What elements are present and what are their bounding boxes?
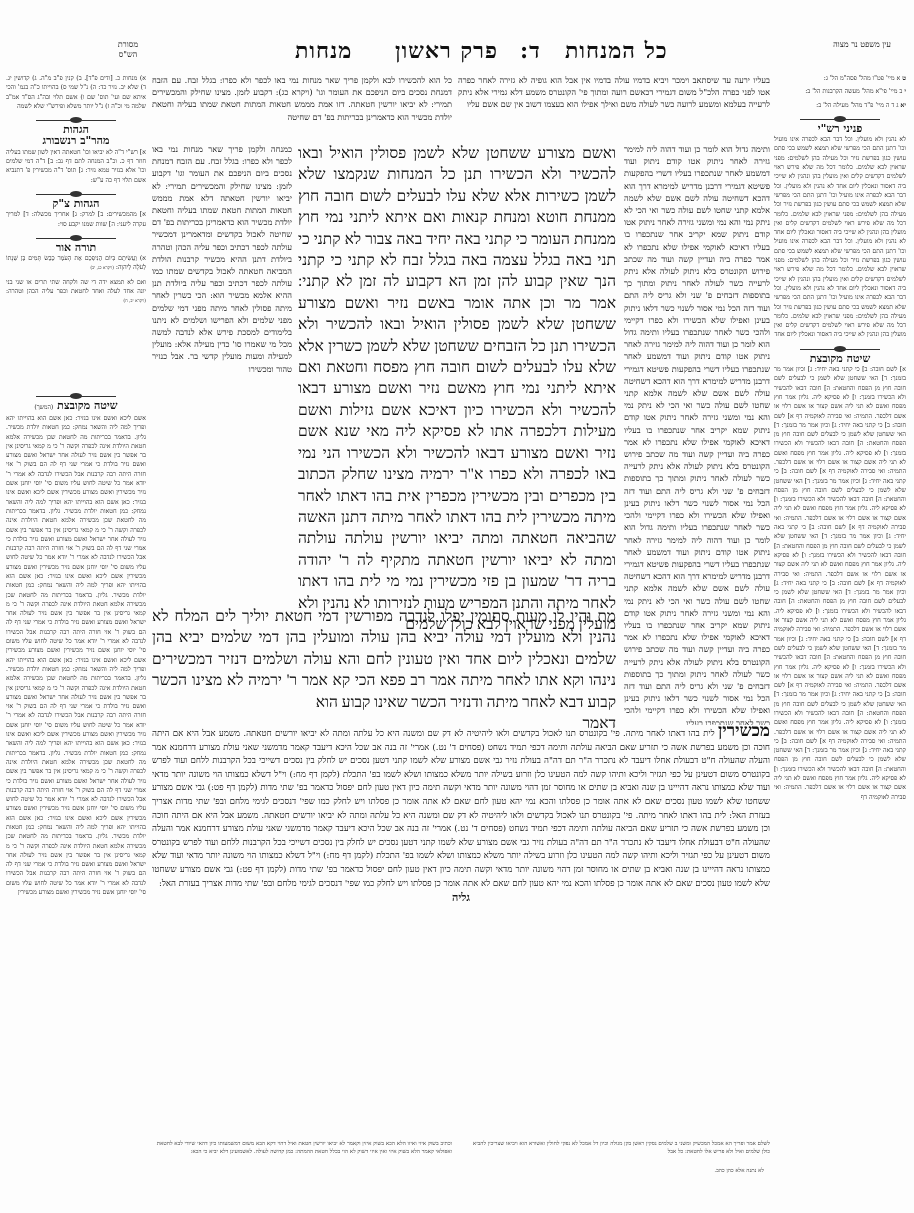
- ein-mishpat-label: עין משפט נר מצוה: [832, 40, 892, 50]
- ein-item-mark: י: [904, 88, 906, 95]
- torah-or-title: תורה אור: [6, 243, 146, 252]
- ein-item-mark: ט: [902, 75, 906, 82]
- tosafot-left-col-text: כמנחה ולקמן פריך שאר מנחות נמי באו לכפר …: [152, 144, 292, 276]
- perek-label: פרק ראשון: [395, 38, 498, 64]
- pnei-rashi-body-rep: לא נהנין ולא מועלין. וכל דבר הבא לכפרה א…: [774, 183, 906, 236]
- pnei-rashi-title: פניני רש"י: [774, 124, 906, 133]
- ein-mishpat-item: ט א מיי' פט"ו מהל' פסה"מ הל' ג:: [774, 74, 906, 83]
- ein-item-text: א מיי' פט"ו מהל' פסה"מ הל' ג:: [824, 75, 900, 82]
- shita-cont-body-rep3: אשם ליכא ואשם אינו בנזיר: כאן אשם הוא בה…: [6, 657, 146, 738]
- torah-or-verse-text: ואם לא תמצא ידה די שה ולקחה שתי תרים או …: [6, 279, 146, 295]
- shita-body-rep: א] לשם חובה: ב] כי קתני באה יחיד: ג] וכי…: [774, 413, 906, 476]
- footnote-left: וכתיב בשוק איזי ואיזו הלא הכא בשוק איזין…: [152, 1140, 452, 1156]
- commentary-conclusion: גליה: [152, 891, 770, 905]
- rashi-right-col-text: ותימה גדול הוא לומר כן ועוד דהוה ליה למי…: [624, 144, 770, 337]
- pnei-rashi-body-rep3: לא נהנין ולא מועלין. וכל דבר הבא לכפרה א…: [774, 285, 906, 338]
- pnei-rashi-body-rep2: לא נהנין ולא מועלין. וכל דבר הבא לכפרה א…: [774, 238, 906, 291]
- gemara-text: ואשם מצורע ששחטן שלא לשמן פסולין הואיל ו…: [298, 145, 616, 633]
- tosafot-top-text: כל הוא להכשירו לבא ולקמן פריך שאר מנחות …: [152, 75, 452, 122]
- hagahot-tzk-text: א] מהמכשירים: ב] למרק: ג] אחריך מכשלה: ד…: [6, 210, 146, 229]
- shita-cont-body-rep4: אשם ליכא ואשם אינו בנזיר: כאן אשם הוא בה…: [6, 731, 146, 822]
- shita-cont-body-rep5: אשם ליכא ואשם אינו בנזיר: כאן אשם הוא בה…: [6, 815, 146, 896]
- shita-body-rep5: א] לשם חובה: ב] כי קתני באה יחיד: ג] וכי…: [774, 636, 906, 689]
- left-sidebar: א) מנחות כ. [ודים פ"ד]. ב) קנין פ"ב מ"ה.…: [6, 74, 146, 1204]
- hagahot-text: א] רש"י ד"ה לא יביאו וכו' חטאתה דאין לשו…: [6, 148, 146, 185]
- spacer: [6, 307, 146, 387]
- shita-cont-body-rep2: אשם ליכא ואשם אינו בנזיר: כאן אשם הוא בה…: [6, 573, 146, 654]
- torah-or-verse-ref: (ויקרא יב, ח): [123, 299, 146, 304]
- commentary-text-rep: לית בהו דאתו לאחר מיתה. פי' בקונטרס תנו …: [152, 811, 770, 889]
- shita-mekubetzet-text: א] לשם חובה: ב] כי קתני באה יחיד: ג] וכי…: [774, 365, 906, 802]
- ornament-divider: [36, 393, 116, 399]
- shita-cont-title: שיטה מקובצת (המשך): [6, 401, 146, 412]
- ornament-divider: [36, 117, 116, 123]
- torah-or-verse-2: ואם לא תמצא ידה די שה ולקחה שתי תרים או …: [6, 278, 146, 307]
- footnotes: לשלם אמר ופריך הא אמכל המכשיק ומשני ב של…: [152, 1140, 770, 1156]
- shita-cont-text: אשם ליכא ואשם אינו בנזיר: כאן אשם הוא בה…: [6, 414, 146, 897]
- pnei-rashi-text: לא נהנין ולא מועלין. וכל דבר הבא לכפרה א…: [774, 135, 906, 340]
- hagahot-title: הגהות: [6, 125, 146, 134]
- chapter-name: כל המנחות: [565, 38, 668, 64]
- footnote-right: לשלם אמר ופריך הא אמכל המכשיק ומשני ב של…: [470, 1140, 770, 1156]
- rashi-right-col-text-rep2: ותימה גדול הוא לומר כן ועוד דהוה ליה למי…: [624, 522, 770, 725]
- gemara-main-text: ואשם מצורע ששחטן שלא לשמן פסולין הואיל ו…: [298, 143, 616, 635]
- gemara-text-2: מת והיו לו מעות סתומין יפלו לנדבה מפורשי…: [152, 608, 616, 711]
- tosafot-left-col-text-2: לאכול בקדשים שמתו כמו עולתה לכפר דכתיב ו…: [152, 266, 292, 374]
- hagahot-subtitle: מהר"ב רנשבורג: [6, 136, 146, 145]
- masechet-title: מנחות: [295, 38, 352, 64]
- daf-number: ד:: [520, 38, 541, 64]
- gemara-wide-text: מת והיו לו מעות סתומין יפלו לנדבה מפורשי…: [152, 606, 616, 734]
- ornament-divider: [36, 191, 116, 197]
- ein-item-mark: יא: [900, 102, 906, 109]
- ornament-divider: [800, 116, 880, 122]
- shita-cont-body: אשם ליכא ואשם אינו בנזיר: כאן אשם הוא בה…: [6, 415, 146, 496]
- rashi-top: בעליו ירעה עד שיסתאב וימכר ויביא בדמיו ע…: [458, 74, 770, 140]
- bottom-commentary: מכשירין לית בהו דאתו לאחר מיתה. פי' בקונ…: [152, 725, 770, 1133]
- shita-body-rep7: א] לשם חובה: ב] כי קתני באה יחיד: ג] וכי…: [774, 738, 906, 801]
- right-sidebar: ט א מיי' פט"ו מהל' פסה"מ הל' ג: י ב מיי'…: [774, 74, 906, 1204]
- ein-mishpat-item: י ב מיי' פי"א מהל' מעשה הקרבנות הל' ב:: [774, 87, 906, 96]
- torah-or-verse-1: א) וַעֲשִׂיתֶם בְּיוֹם הֲנִיפְכֶם אֶת הָ…: [6, 254, 146, 274]
- shita-body-rep6: א] לשם חובה: ב] כי קתני באה יחיד: ג] וכי…: [774, 682, 906, 745]
- tosafot-top: כל הוא להכשירו לבא ולקמן פריך שאר מנחות …: [152, 74, 452, 140]
- masoret-label: מסורת הש"ס: [108, 40, 148, 60]
- shita-body-rep4: א] לשם חובה: ב] כי קתני באה יחיד: ג] וכי…: [774, 580, 906, 643]
- hagahot-tzk-title: הגהות צ"ק: [6, 199, 146, 208]
- ornament-divider: [800, 346, 880, 352]
- shita-cont-subtitle: (המשך): [34, 404, 53, 411]
- shita-mekubetzet-title: שיטה מקובצת: [774, 354, 906, 363]
- tosafot-inner-column: כמנחה ולקמן פריך שאר מנחות נמי באו לכפר …: [152, 143, 292, 598]
- ein-item-text: ג ד ה מיי' פ"ד מהל' מעילה הל' ב:: [816, 102, 898, 109]
- shita-cont-body-rep: אשם ליכא ואשם אינו בנזיר: כאן אשם הוא בה…: [6, 489, 146, 580]
- footnote-small: לא נתנה אלא כהן כהב.: [714, 1168, 764, 1174]
- pnei-rashi-body: לא נהנין ולא מועלין. וכל דבר הבא לכפרה א…: [774, 136, 906, 189]
- rashi-top-text: בעליו ירעה עד שיסתאב וימכר ויביא בדמיו ע…: [458, 75, 770, 109]
- torah-or-verse-text: א) וַעֲשִׂיתֶם בְּיוֹם הֲנִיפְכֶם אֶת הָ…: [6, 255, 146, 271]
- shita-cont-title-text: שיטה מקובצת: [57, 399, 117, 412]
- rashi-right-col-text-rep: ותימה גדול הוא לומר כן ועוד דהוה ליה למי…: [624, 327, 770, 532]
- shita-body-rep2: א] לשם חובה: ב] כי קתני באה יחיד: ג] וכי…: [774, 468, 906, 531]
- ein-item-text: ב מיי' פי"א מהל' מעשה הקרבנות הל' ב:: [805, 88, 902, 95]
- rashi-inner-column: ותימה גדול הוא לומר כן ועוד דהוה ליה למי…: [624, 143, 770, 725]
- ornament-divider: [36, 235, 116, 241]
- commentary-text: לית בהו דאתו לאחר מיתה. פי' בקונטרס תנו …: [152, 729, 770, 821]
- shita-body-rep3: א] לשם חובה: ב] כי קתני באה יחיד: ג] וכי…: [774, 524, 906, 587]
- commentary-lead-word: מכשירין: [718, 725, 770, 741]
- shita-body: א] לשם חובה: ב] כי קתני באה יחיד: ג] וכי…: [774, 366, 906, 419]
- torah-or-verse-ref: (ויקרא כג, יב): [90, 266, 114, 271]
- masoret-hashas-text: א) מנחות כ. [ודים פ"ד]. ב) קנין פ"ב מ"ה.…: [6, 74, 146, 111]
- ein-mishpat-item: יא ג ד ה מיי' פ"ד מהל' מעילה הל' ב:: [774, 101, 906, 110]
